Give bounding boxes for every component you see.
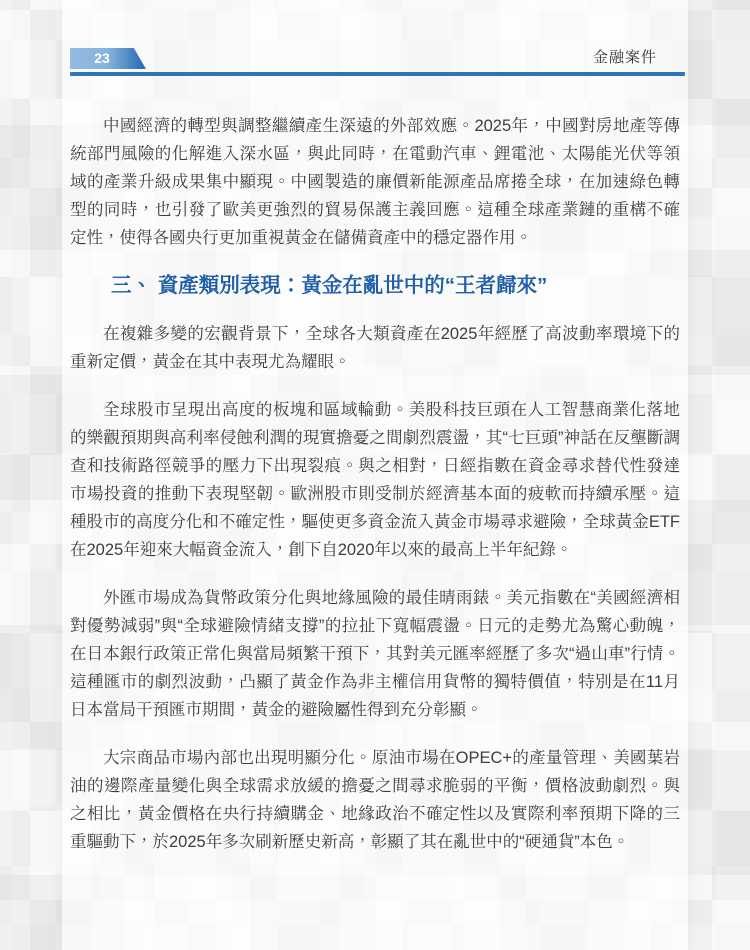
document-page-background: { "header": { "page_number": "23", "sect… <box>0 0 750 950</box>
document-page: 23 金融案件 中國經濟的轉型與調整繼續產生深遠的外部效應。2025年，中國對房… <box>62 0 688 950</box>
page-header: 23 金融案件 <box>62 0 688 76</box>
paragraph-commodities: 大宗商品市場內部也出現明顯分化。原油市場在OPEC+的產量管理、美國葉岩油的邊際… <box>70 744 680 856</box>
paragraph-forex: 外匯市場成為貨幣政策分化與地緣風險的最佳晴雨錶。美元指數在“美國經濟相對優勢減弱… <box>70 584 680 724</box>
article-content: 中國經濟的轉型與調整繼續產生深遠的外部效應。2025年，中國對房地產等傳統部門風… <box>62 76 688 856</box>
header-section-label: 金融案件 <box>593 46 685 69</box>
paragraph-asset-overview: 在複雜多變的宏觀背景下，全球各大類資產在2025年經歷了高波動率環境下的重新定價… <box>70 320 680 376</box>
page-header-row: 23 金融案件 <box>70 46 685 69</box>
page-number-badge: 23 <box>70 48 146 69</box>
intro-paragraph: 中國經濟的轉型與調整繼續產生深遠的外部效應。2025年，中國對房地產等傳統部門風… <box>70 112 680 252</box>
paragraph-equities: 全球股市呈現出高度的板塊和區域輪動。美股科技巨頭在人工智慧商業化落地的樂觀預期與… <box>70 396 680 564</box>
page-number: 23 <box>94 48 110 69</box>
section-heading: 三、 資產類別表現：黃金在亂世中的“王者歸來” <box>70 272 680 300</box>
